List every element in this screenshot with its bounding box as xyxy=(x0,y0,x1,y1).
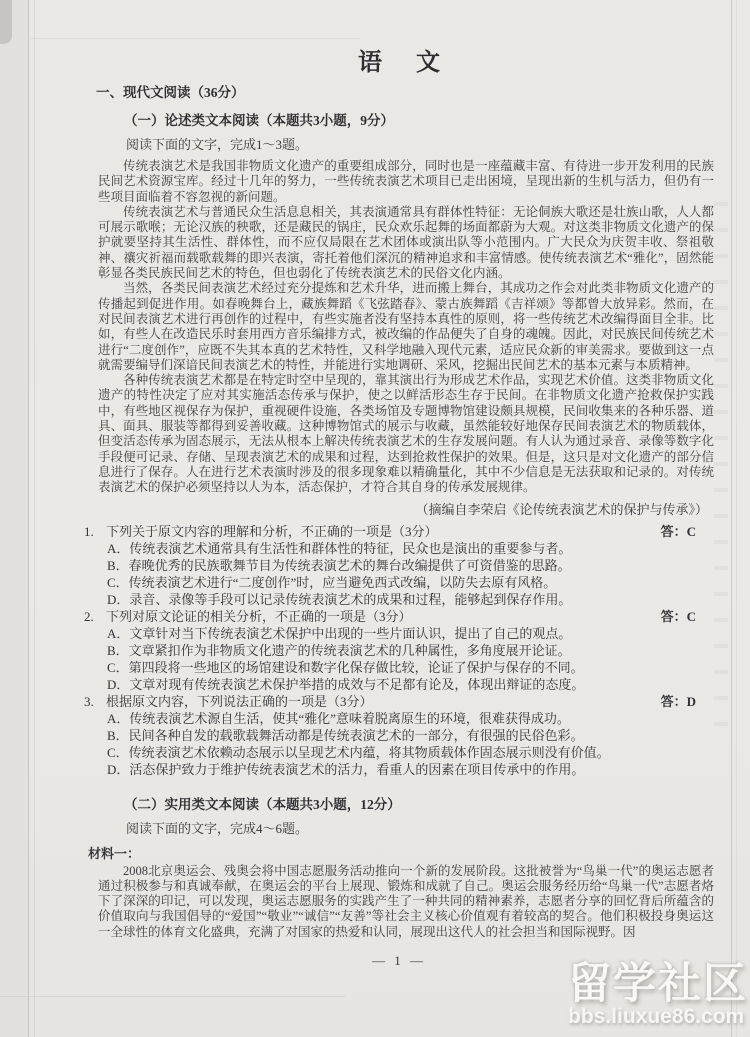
scan-edge-strip xyxy=(0,0,28,1037)
passage-paragraph-4: 各种传统表演艺术都是在特定时空中呈现的，靠其演出行为形成艺术作品，实现艺术价值。… xyxy=(98,373,714,495)
part-2-heading: （二）实用类文本阅读（本题共3小题，12分） xyxy=(124,793,714,813)
page-fold-line-left xyxy=(28,0,35,1037)
question-answer: 答：C xyxy=(661,523,714,540)
question-number: 2. xyxy=(84,608,106,625)
question-2-option-a: A．文章针对当下传统表演艺术保护中出现的一些片面认识，提出了自己的观点。 xyxy=(84,625,714,642)
watermark-site-name: 留学社区 xyxy=(568,950,748,1011)
question-3-option-a: A．传统表演艺术源自生活，使其“雅化”意味着脱离原生的环境，很难获得成功。 xyxy=(84,710,714,727)
question-2-option-b: B．文章紧扣作为非物质文化遗产的传统表演艺术的几种属性，多角度展开论证。 xyxy=(84,642,714,659)
question-3-option-d: D．活态保护致力于维护传统表演艺术的活力，看重人的因素在项目传承中的作用。 xyxy=(84,761,714,778)
part-1-heading: （一）论述类文本阅读（本题共3小题，9分） xyxy=(124,109,714,129)
passage-paragraph-3: 当然，各类民间表演艺术经过充分提炼和艺术升华，进而搬上舞台，其成功之作会对此类非… xyxy=(98,281,714,373)
paper-content: 语 文 一、现代文阅读（36分） （一）论述类文本阅读（本题共3小题，9分） 阅… xyxy=(84,0,714,969)
question-1-option-d: D．录音、录像等手段可以记录传统表演艺术的成果和过程，能够起到保存作用。 xyxy=(84,591,714,608)
question-stem: 下列对原文论证的相关分析，不正确的一项是（3分） xyxy=(106,608,412,625)
question-stem: 根据原文内容，下列说法正确的一项是（3分） xyxy=(106,693,373,710)
question-number: 1. xyxy=(84,523,106,540)
scan-artifact-line xyxy=(0,996,345,997)
question-1-option-c: C．传统表演艺术进行“二度创作”时，应当避免西式改编，以防失去原有风格。 xyxy=(84,574,714,591)
question-3-option-c: C．传统表演艺术依赖动态展示以呈现艺术内蕴，将其物质载体作固态展示则没有价值。 xyxy=(84,744,714,761)
question-1: 1. 下列关于原文内容的理解和分析，不正确的一项是（3分） 答：C A．传统表演… xyxy=(84,523,714,608)
question-2-option-d: D．文章对现有传统表演艺术保护举措的成效与不足都有论及，体现出辩证的态度。 xyxy=(84,676,714,693)
question-1-option-a: A．传统表演艺术通常具有生活性和群体性的特征，民众也是演出的重要参与者。 xyxy=(84,540,714,557)
question-1-option-b: B．春晚优秀的民族歌舞节目为传统表演艺术的舞台改编提供了可资借鉴的思路。 xyxy=(84,557,714,574)
question-stem: 下列关于原文内容的理解和分析，不正确的一项是（3分） xyxy=(106,523,438,540)
question-number: 3. xyxy=(84,693,106,710)
passage-paragraph-2: 传统表演艺术与普通民众生活息息相关，其表演通常具有群体性特征：无论侗族大歌还是壮… xyxy=(98,205,714,281)
question-answer: 答：D xyxy=(661,693,714,710)
page-bleed-through xyxy=(714,180,728,740)
question-3-option-b: B．民间各种自发的载歌载舞活动都是传统表演艺术的一部分，有很强的民俗色彩。 xyxy=(84,727,714,744)
site-watermark: 留学社区 bbs.liuxue86.com xyxy=(568,950,748,1029)
scan-smudge xyxy=(0,0,12,44)
passage-attribution: （摘编自李荣启《论传统表演艺术的保护与传承》） xyxy=(98,499,708,518)
watermark-site-url: bbs.liuxue86.com xyxy=(568,1005,748,1029)
question-answer: 答：C xyxy=(661,608,714,625)
page-fold-line-right xyxy=(731,0,737,1037)
passage-paragraph-1: 传统表演艺术是我国非物质文化遗产的重要组成部分，同时也是一座蕴藏丰富、有待进一步… xyxy=(98,159,714,205)
exam-paper-page: 语 文 一、现代文阅读（36分） （一）论述类文本阅读（本题共3小题，9分） 阅… xyxy=(0,0,750,1037)
question-2: 2. 下列对原文论证的相关分析，不正确的一项是（3分） 答：C A．文章针对当下… xyxy=(84,608,714,693)
section-1-heading: 一、现代文阅读（36分） xyxy=(96,81,714,101)
part-1-instruction: 阅读下面的文字，完成1～3题。 xyxy=(126,134,714,153)
part-2-instruction: 阅读下面的文字，完成4～6题。 xyxy=(126,818,714,837)
material-1-label: 材料一： xyxy=(88,843,714,862)
question-2-option-c: C．第四段将一些地区的场馆建设和数字化保存做比较，论证了保护与保存的不同。 xyxy=(84,659,714,676)
material-1-paragraph: 2008北京奥运会、残奥会将中国志愿服务活动推向一个新的发展阶段。这批被誉为“鸟… xyxy=(98,864,714,940)
question-3: 3. 根据原文内容，下列说法正确的一项是（3分） 答：D A．传统表演艺术源自生… xyxy=(84,693,714,778)
paper-title: 语 文 xyxy=(84,42,714,77)
